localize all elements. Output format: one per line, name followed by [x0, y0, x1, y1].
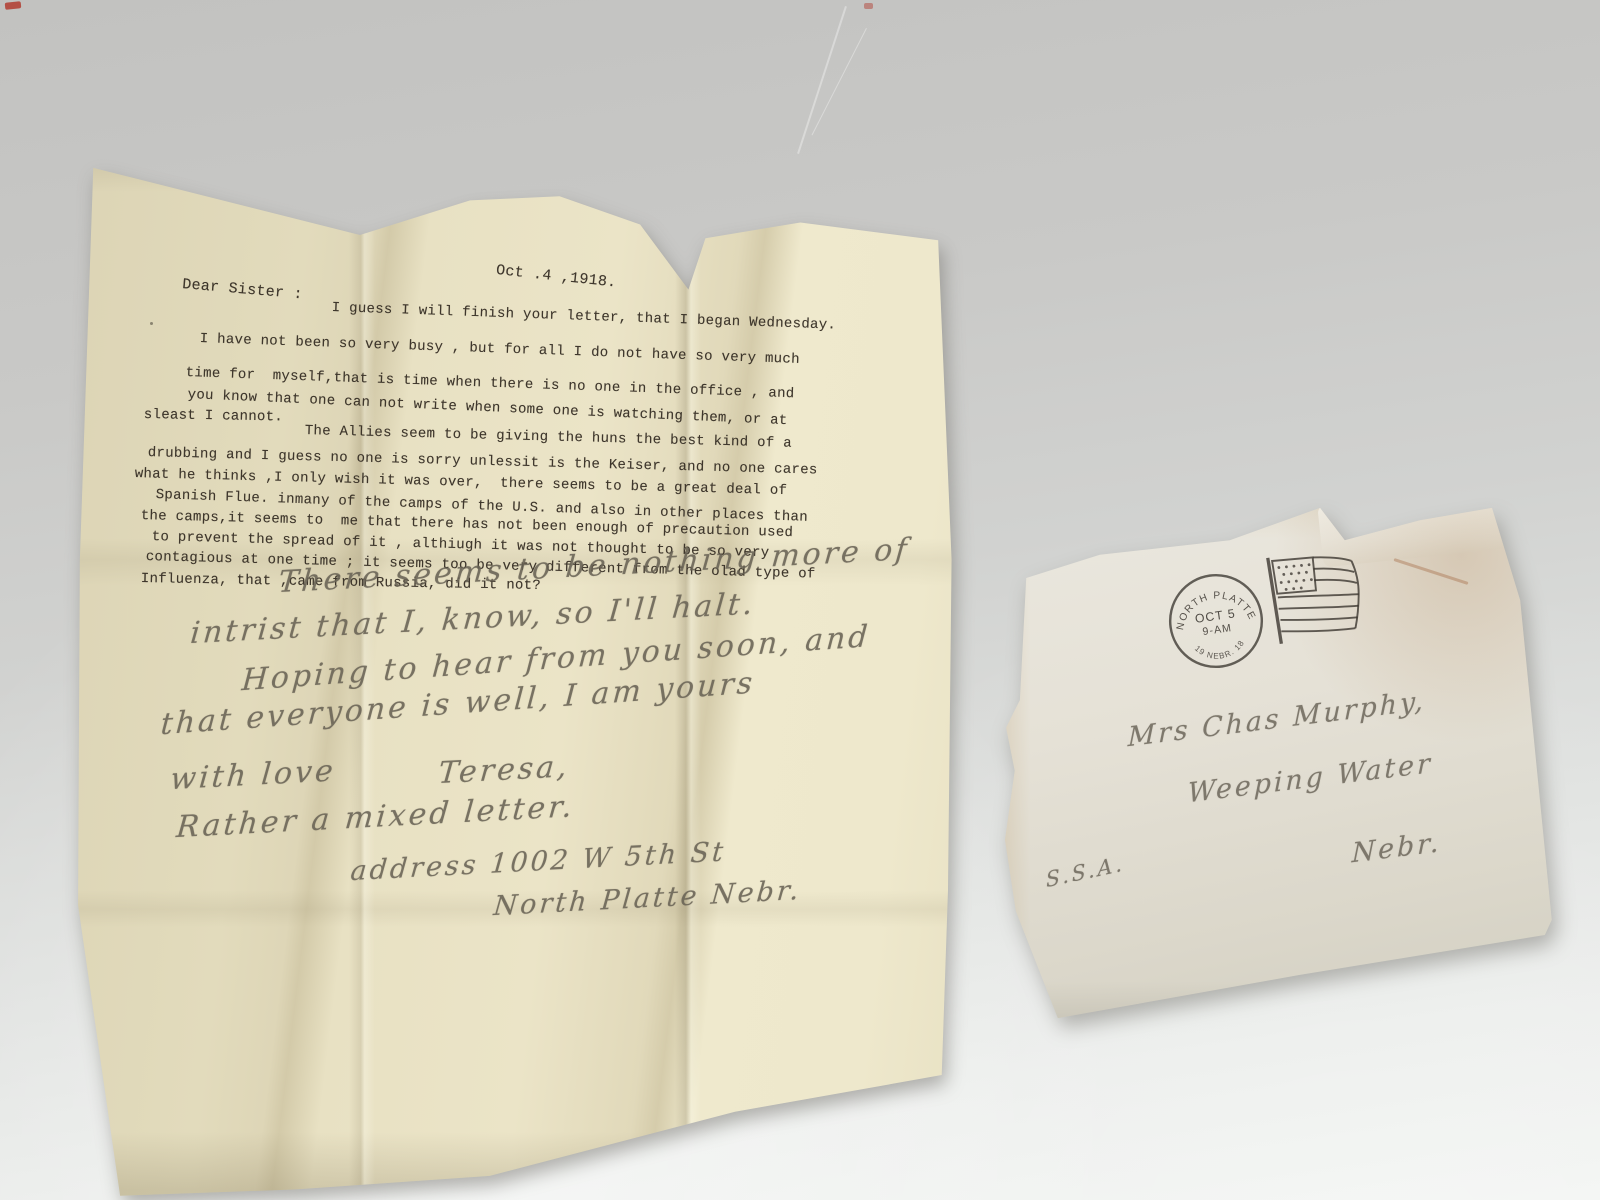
typed-line: The Allies seem to be giving the huns th…	[305, 423, 793, 452]
envelope-address-line: Mrs Chas Murphy,	[1127, 685, 1426, 753]
letter-salutation: Dear Sister :	[182, 276, 304, 303]
envelope-shadow-wrap: NORTH PLATTE OCT 5 9-AM 19 NEBR. 18	[990, 490, 1565, 1030]
letter-date: Oct .4 ,1918.	[495, 262, 617, 292]
flag-canton	[1272, 555, 1318, 597]
us-flag-cancellation-icon	[1255, 538, 1373, 653]
typed-line: sleast I cannot.	[144, 407, 283, 425]
typed-line: I guess I will finish your letter, that …	[331, 300, 836, 334]
handwritten-city: North Platte Nebr.	[492, 875, 802, 922]
red-artifact	[864, 3, 873, 9]
envelope-front: NORTH PLATTE OCT 5 9-AM 19 NEBR. 18	[990, 490, 1565, 1030]
envelope-address-line: Weeping Water	[1187, 748, 1433, 809]
ink-speck	[150, 322, 153, 325]
handwritten-line: Rather a mixed letter.	[175, 789, 576, 845]
torn-edge-crack	[1393, 558, 1468, 585]
handwritten-address: address 1002 W 5th St	[349, 836, 727, 887]
envelope-address-line: Nebr.	[1351, 827, 1441, 869]
handwritten-line: with love	[169, 753, 337, 797]
postmark-time-text: 9-AM	[1202, 622, 1233, 638]
photo-of-letter-and-envelope: Oct .4 ,1918. Dear Sister : I guess I wi…	[0, 0, 1600, 1200]
letter-shadow-wrap: Oct .4 ,1918. Dear Sister : I guess I wi…	[70, 150, 965, 1200]
handwritten-signature: Teresa,	[437, 749, 571, 791]
flag-stars	[1277, 561, 1314, 592]
envelope-corner-note: S.S.A.	[1045, 851, 1125, 892]
typed-line: I have not been so very busy , but for a…	[199, 331, 800, 368]
letter-paper: Oct .4 ,1918. Dear Sister : I guess I wi…	[70, 150, 965, 1200]
